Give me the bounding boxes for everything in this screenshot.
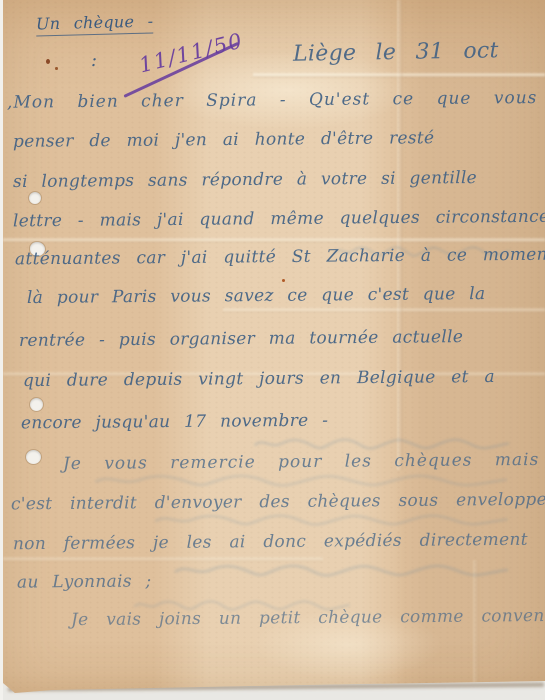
ghost-writing — [253, 436, 513, 451]
foxing-spot — [282, 279, 285, 282]
fold-crease — [223, 307, 545, 313]
letter-paper: Un chèque - : 11/11/50 Liège le 31 oct ,… — [3, 0, 545, 700]
letter-line: encore jusqu'au 17 novembre - — [21, 411, 328, 434]
letter-line: Je vais joins un petit chèque comme conv… — [71, 606, 545, 630]
fold-crease-vertical — [397, 0, 403, 470]
dateline: Liège le 31 oct — [293, 38, 499, 67]
punch-hole — [26, 450, 41, 464]
margin-note: Un chèque - — [36, 11, 154, 36]
margin-mark: : — [91, 50, 98, 71]
ghost-writing — [153, 512, 513, 527]
letter-line: là pour Paris vous savez ce que c'est qu… — [27, 284, 486, 308]
letter-line: si longtemps sans répondre à votre si ge… — [13, 168, 477, 192]
letter-line: au Lyonnais ; — [17, 571, 152, 592]
ghost-writing — [93, 472, 513, 488]
letter-line: rentrée - puis organiser ma tournée actu… — [19, 327, 463, 351]
scanned-letter: { "scan": { "paper_color": "#dfc09c", "b… — [0, 0, 545, 700]
letter-line: penser de moi j'en ai honte d'être resté — [13, 128, 435, 152]
fold-crease — [3, 237, 545, 243]
punch-hole — [30, 398, 43, 411]
scanner-background-strip — [0, 0, 3, 700]
ghost-writing — [173, 562, 513, 578]
foxing-spot — [55, 67, 58, 70]
letter-line: qui dure depuis vingt jours en Belgique … — [23, 367, 495, 391]
punch-hole — [29, 192, 41, 204]
letter-line: Je vous remercie pour les chèques mais — [63, 450, 539, 474]
foxing-spot — [46, 59, 50, 64]
